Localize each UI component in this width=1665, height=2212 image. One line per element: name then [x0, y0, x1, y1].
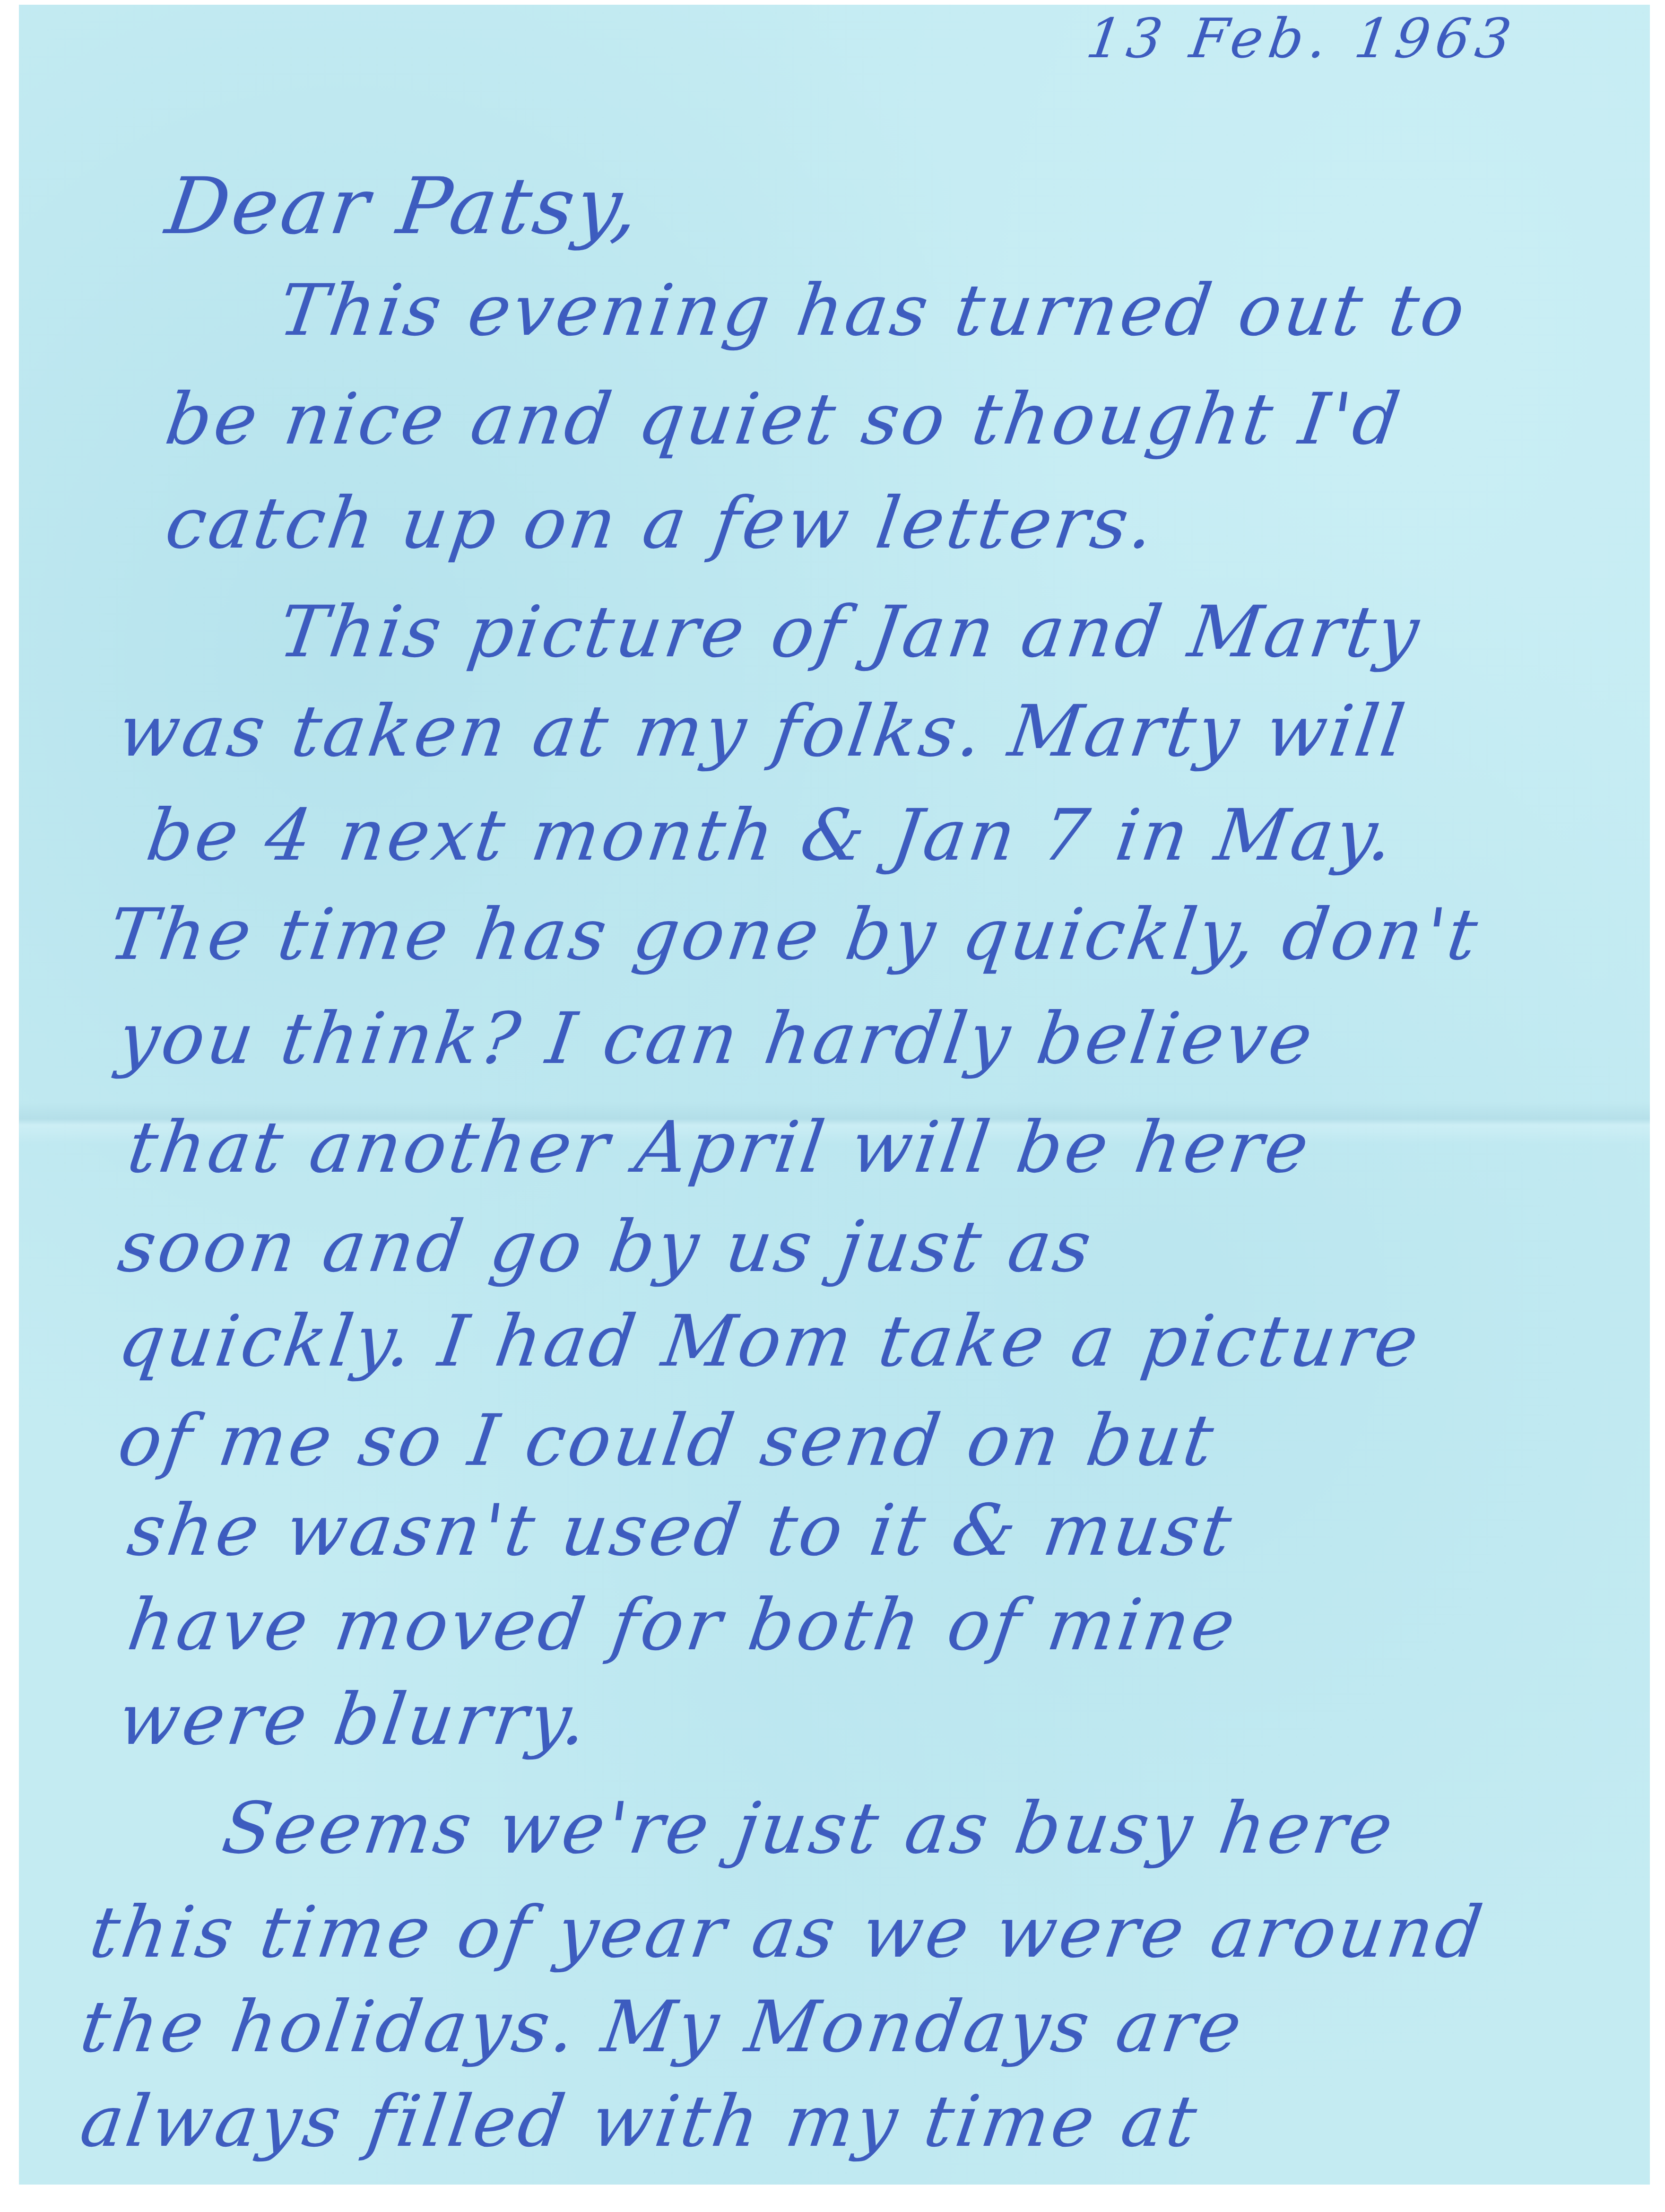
letter-line-5: was taken at my folks. Marty will	[113, 690, 1412, 773]
letter-date: 13 Feb. 1963	[1083, 7, 1521, 70]
letter-line-7: The time has gone by quickly, don't	[104, 894, 1485, 976]
letter-line-11: quickly. I had Mom take a picture	[113, 1300, 1426, 1383]
letter-line-8: you think? I can hardly believe	[113, 998, 1320, 1080]
letter-line-10: soon and go by us just as	[113, 1206, 1099, 1288]
letter-line-19: always filled with my time at	[76, 2081, 1204, 2163]
letter-line-3: catch up on a few letters.	[161, 482, 1162, 565]
letter-line-12: of me so I could send on but	[113, 1400, 1221, 1482]
letter-line-18: the holidays. My Mondays are	[76, 1986, 1249, 2068]
letter-line-14: have moved for both of mine	[123, 1584, 1243, 1666]
letter-line-17: this time of year as we were around	[85, 1891, 1490, 1974]
letter-line-1: This evening has turned out to	[274, 270, 1473, 352]
letter-line-15: were blurry.	[113, 1679, 595, 1761]
letter-paper: 13 Feb. 1963 Dear Patsy, This evening ha…	[19, 5, 1650, 2185]
letter-line-4: This picture of Jan and Marty	[274, 591, 1427, 673]
letter-line-16: Seems we're just as busy here	[217, 1787, 1400, 1870]
letter-line-13: she wasn't used to it & must	[123, 1489, 1239, 1572]
letter-line-6: be 4 next month & Jan 7 in May.	[142, 794, 1401, 877]
letter-salutation: Dear Patsy,	[161, 161, 647, 252]
letter-line-2: be nice and quiet so thought I'd	[161, 378, 1407, 461]
letter-line-9: that another April will be here	[123, 1106, 1316, 1189]
